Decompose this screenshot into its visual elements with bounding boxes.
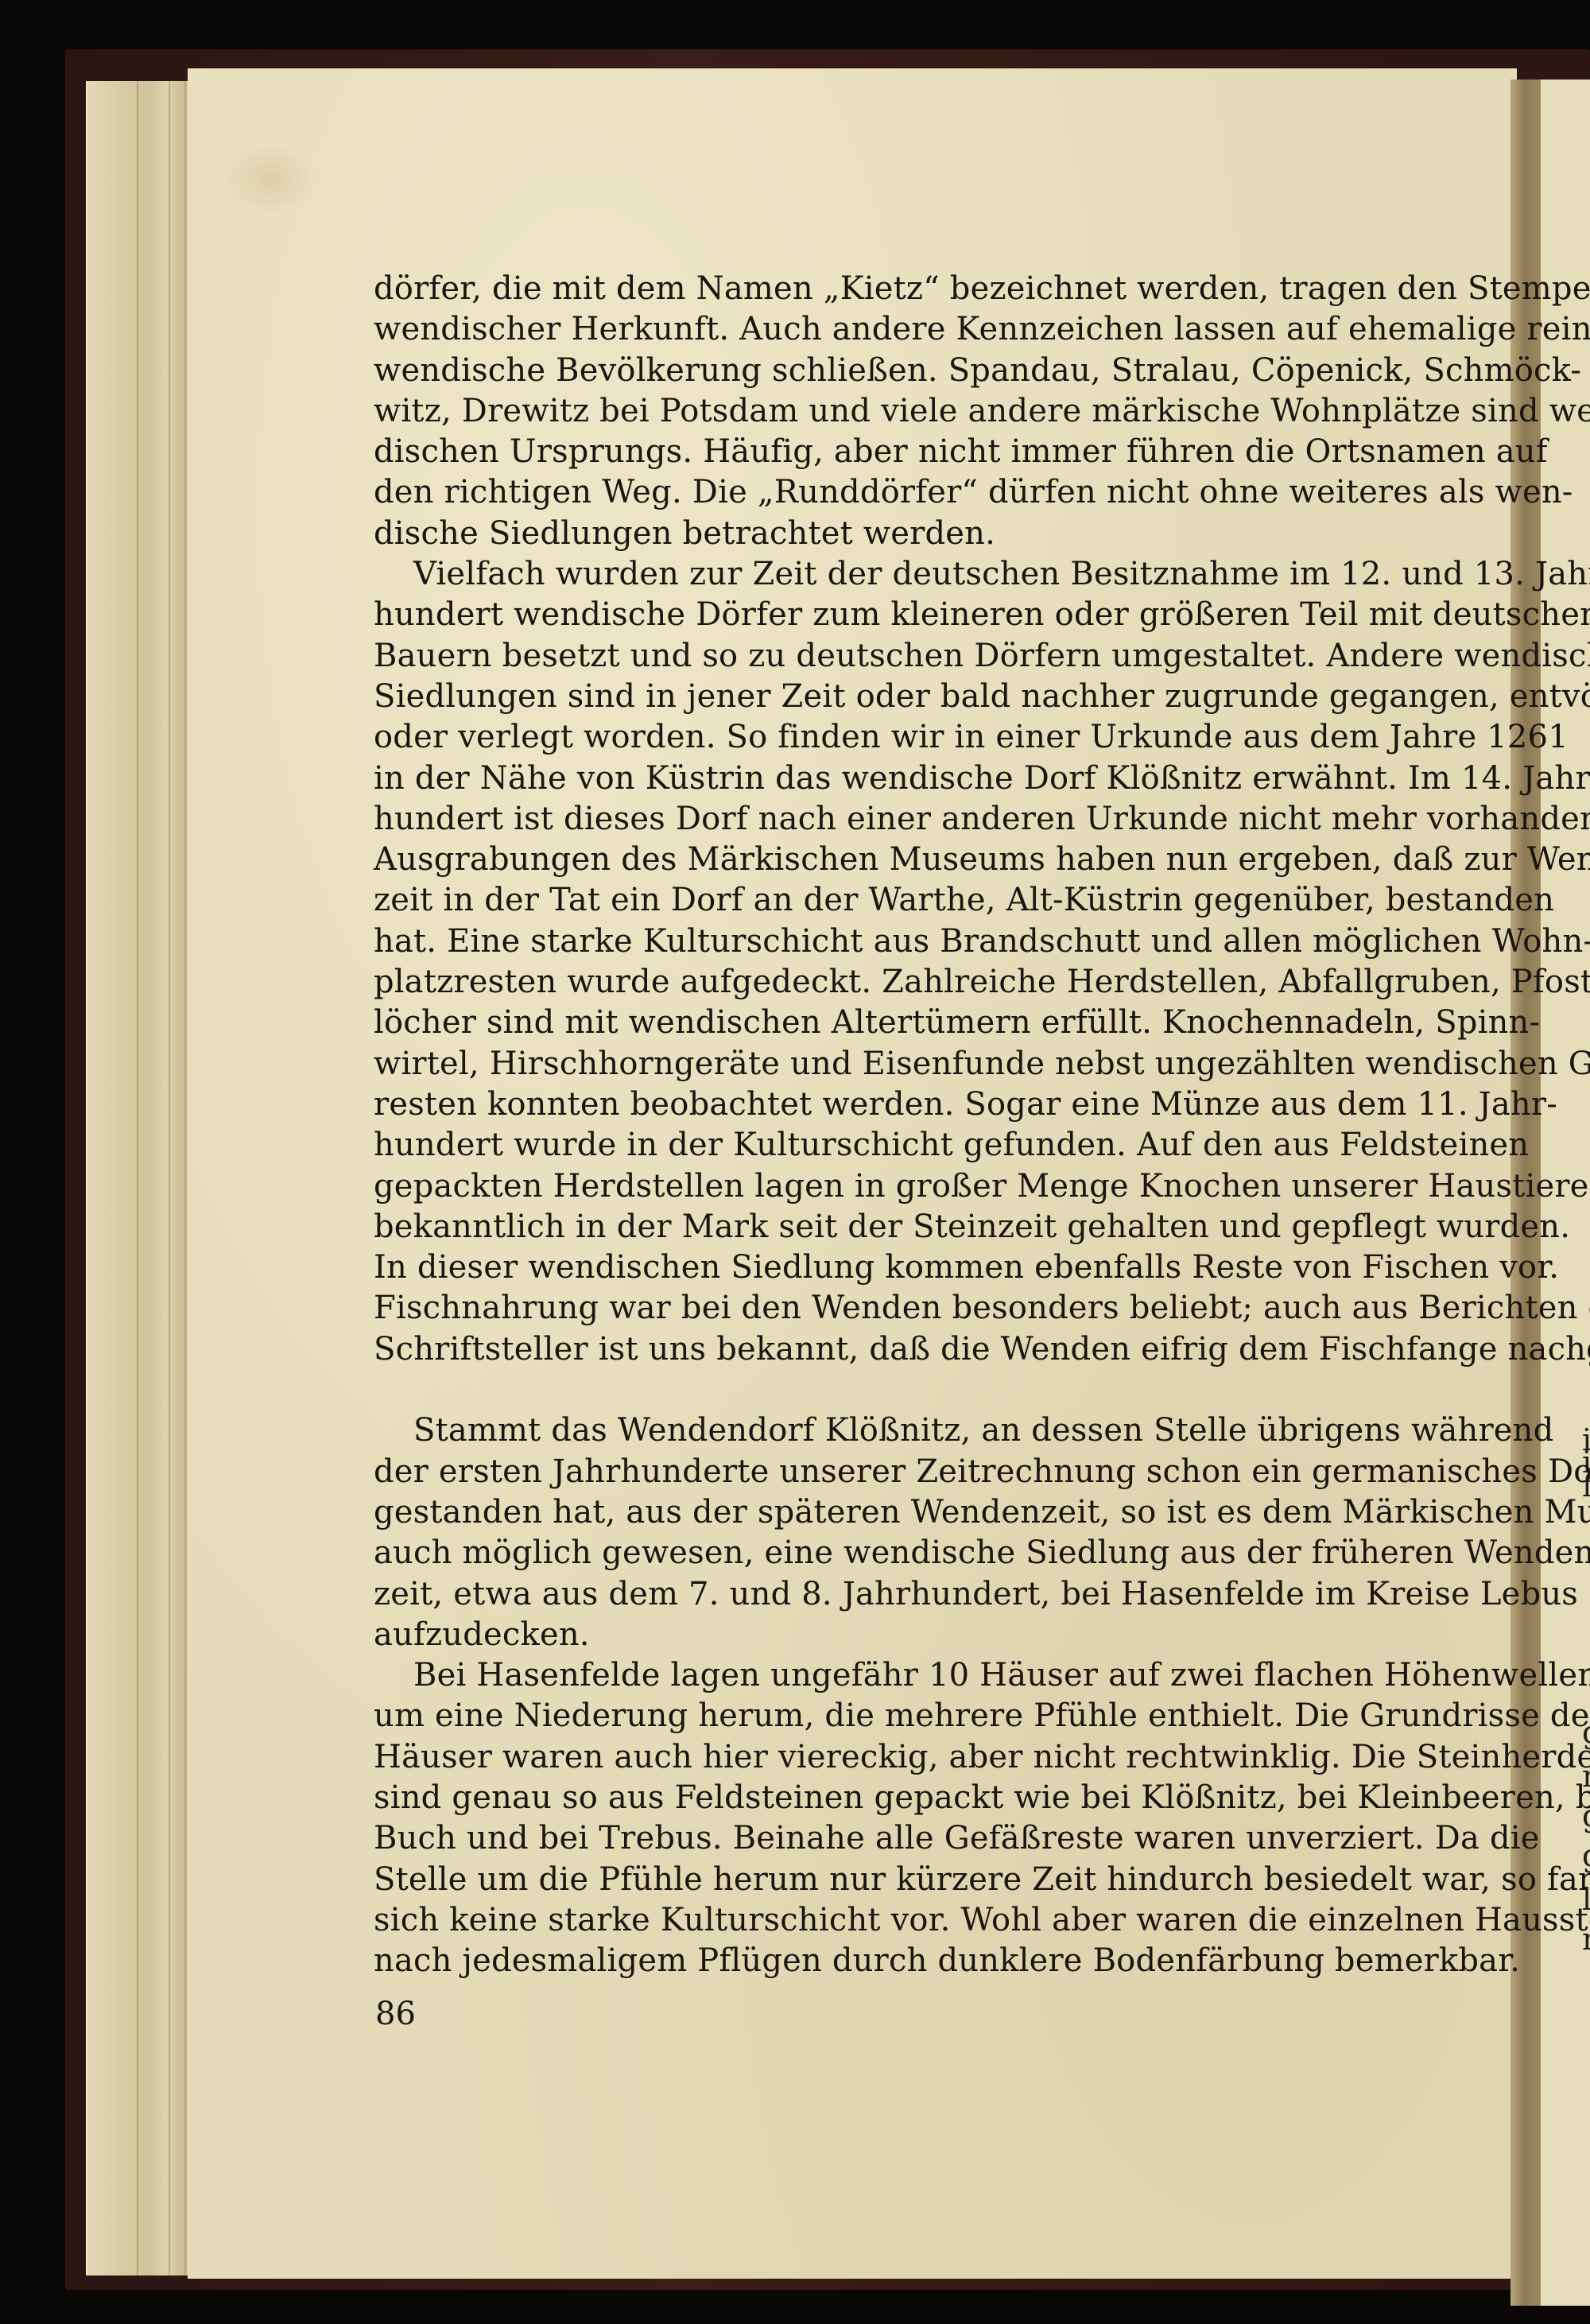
text-line: Buch und bei Trebus. Beinahe alle Gefäßr… bbox=[374, 1818, 1423, 1859]
text-line: resten konnten beobachtet werden. Sogar … bbox=[374, 1084, 1423, 1125]
paragraph-2: Vielfach wurden zur Zeit der deutschen B… bbox=[374, 554, 1423, 1410]
text-line: Vielfach wurden zur Zeit der deutschen B… bbox=[374, 554, 1423, 595]
text-line: oder verlegt worden. So finden wir in ei… bbox=[374, 717, 1423, 758]
text-line: aufzudecken. bbox=[374, 1615, 1423, 1655]
text-line: Bei Hasenfelde lagen ungefähr 10 Häuser … bbox=[374, 1655, 1423, 1696]
page-edges-stack bbox=[86, 81, 199, 2276]
text-line: sich keine starke Kulturschicht vor. Woh… bbox=[374, 1900, 1423, 1941]
text-line: hundert ist dieses Dorf nach einer ander… bbox=[374, 799, 1423, 840]
text-line: Ausgrabungen des Märkischen Museums habe… bbox=[374, 840, 1423, 880]
text-line bbox=[374, 1370, 1423, 1410]
text-line: sind genau so aus Feldsteinen gepackt wi… bbox=[374, 1778, 1423, 1818]
text-line: zeit, etwa aus dem 7. und 8. Jahrhundert… bbox=[374, 1574, 1423, 1615]
text-line: wirtel, Hirschhorngeräte und Eisenfunde … bbox=[374, 1044, 1423, 1084]
text-line: der ersten Jahrhunderte unserer Zeitrech… bbox=[374, 1452, 1423, 1492]
text-line: hundert wurde in der Kulturschicht gefun… bbox=[374, 1125, 1423, 1166]
paragraph-1: dörfer, die mit dem Namen „Kietz“ bezeic… bbox=[374, 269, 1423, 554]
text-line: hundert wendische Dörfer zum kleineren o… bbox=[374, 595, 1423, 635]
text-line: wendischer Herkunft. Auch andere Kennzei… bbox=[374, 309, 1423, 350]
text-line: dische Siedlungen betrachtet werden. bbox=[374, 514, 1423, 554]
text-line: nach jedesmaligem Pflügen durch dunklere… bbox=[374, 1941, 1423, 1981]
page-number: 86 bbox=[375, 1996, 416, 2032]
text-line: Bauern besetzt und so zu deutschen Dörfe… bbox=[374, 636, 1423, 677]
text-line: hat. Eine starke Kulturschicht aus Brand… bbox=[374, 921, 1423, 962]
text-line: den richtigen Weg. Die „Runddörfer“ dürf… bbox=[374, 472, 1423, 513]
text-line: um eine Niederung herum, die mehrere Pfü… bbox=[374, 1696, 1423, 1736]
text-line: Stammt das Wendendorf Klößnitz, an desse… bbox=[374, 1410, 1423, 1451]
text-line: gepackten Herdstellen lagen in großer Me… bbox=[374, 1166, 1423, 1207]
text-line: in der Nähe von Küstrin das wendische Do… bbox=[374, 759, 1423, 799]
text-line: Fischnahrung war bei den Wenden besonder… bbox=[374, 1288, 1423, 1329]
text-line: auch möglich gewesen, eine wendische Sie… bbox=[374, 1533, 1423, 1573]
body-text: dörfer, die mit dem Namen „Kietz“ bezeic… bbox=[374, 269, 1423, 1981]
paper-stain bbox=[223, 143, 318, 215]
text-line: zeit in der Tat ein Dorf an der Warthe, … bbox=[374, 880, 1423, 921]
text-line: Häuser waren auch hier viereckig, aber n… bbox=[374, 1737, 1423, 1778]
text-line: Siedlungen sind in jener Zeit oder bald … bbox=[374, 677, 1423, 717]
text-line: dischen Ursprungs. Häufig, aber nicht im… bbox=[374, 432, 1423, 472]
text-line: wendische Bevölkerung schließen. Spandau… bbox=[374, 351, 1423, 391]
paragraph-3: Stammt das Wendendorf Klößnitz, an desse… bbox=[374, 1410, 1423, 1655]
text-line: gestanden hat, aus der späteren Wendenze… bbox=[374, 1492, 1423, 1533]
paragraph-4: Bei Hasenfelde lagen ungefähr 10 Häuser … bbox=[374, 1655, 1423, 1981]
text-line: In dieser wendischen Siedlung kommen ebe… bbox=[374, 1247, 1423, 1288]
text-line: dörfer, die mit dem Namen „Kietz“ bezeic… bbox=[374, 269, 1423, 309]
text-line: Schriftsteller ist uns bekannt, daß die … bbox=[374, 1329, 1423, 1370]
text-line: bekanntlich in der Mark seit der Steinze… bbox=[374, 1207, 1423, 1247]
text-line: witz, Drewitz bei Potsdam und viele ande… bbox=[374, 391, 1423, 432]
text-line: löcher sind mit wendischen Altertümern e… bbox=[374, 1003, 1423, 1043]
text-line: platzresten wurde aufgedeckt. Zahlreiche… bbox=[374, 962, 1423, 1003]
text-line: Stelle um die Pfühle herum nur kürzere Z… bbox=[374, 1860, 1423, 1900]
